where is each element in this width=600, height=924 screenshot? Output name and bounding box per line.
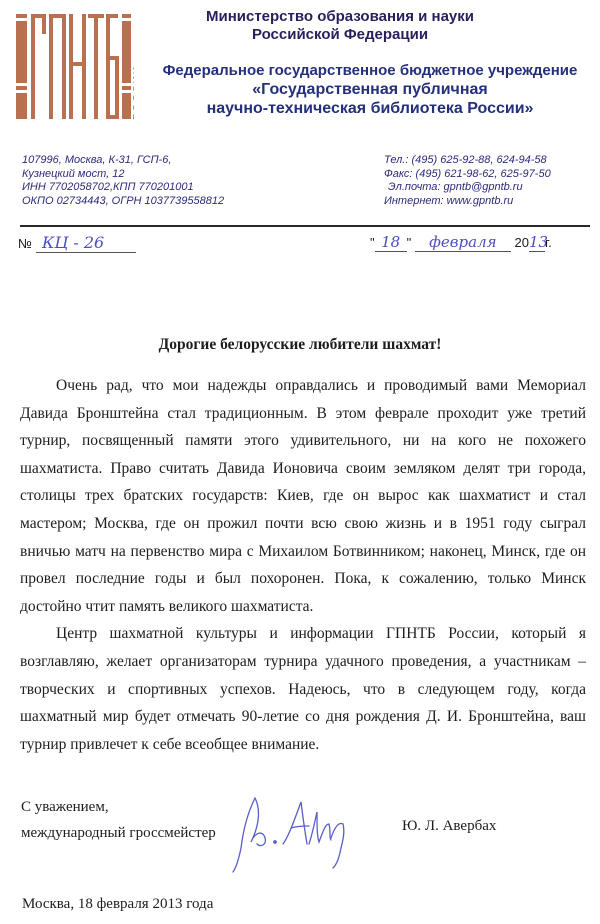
institution-line-2: «Государственная публичная <box>140 80 600 99</box>
website-line: Интернет: www.gpntb.ru <box>384 195 600 209</box>
closing-line-1: С уважением, <box>21 794 216 820</box>
handwritten-signature-icon <box>225 792 365 874</box>
ministry-heading: Министерство образования и науки Российс… <box>190 8 490 44</box>
number-label: № <box>18 236 32 251</box>
year-prefix: 20 <box>515 235 529 250</box>
fax-line: Факс: (495) 621-98-62, 625-97-50 <box>384 168 600 182</box>
svg-text:РОССИИ: РОССИИ <box>132 65 134 120</box>
number-value: КЦ - 26 <box>36 233 136 253</box>
closing: С уважением, международный гроссмейстер <box>21 794 216 846</box>
place-and-date: Москва, 18 февраля 2013 года <box>22 896 213 913</box>
paragraph-1: Очень рад, что мои надежды оправдались и… <box>20 372 586 620</box>
date-day: 18 <box>375 233 407 252</box>
date-month: февраля <box>415 233 511 252</box>
address-line: 107996, Москва, К-31, ГСП-6, <box>22 154 302 168</box>
paragraph-2: Центр шахматной культуры и информации ГП… <box>20 620 586 758</box>
address-line: Кузнецкий мост, 12 <box>22 168 302 182</box>
year-suffix: 13 <box>529 233 545 252</box>
signer-name: Ю. Л. Авербах <box>402 818 496 835</box>
institution-line-3: научно-техническая библиотека России» <box>140 99 600 118</box>
gpntb-logo-icon: РОССИИ <box>16 12 134 124</box>
letter-body: Очень рад, что мои надежды оправдались и… <box>20 372 586 758</box>
letter-greeting: Дорогие белорусские любители шахмат! <box>0 336 600 354</box>
signer-title: международный гроссмейстер <box>21 820 216 846</box>
registration-number: №КЦ - 26 <box>18 233 136 253</box>
institution-heading: Федеральное государственное бюджетное уч… <box>140 62 600 118</box>
address-line: ОКПО 02734443, ОГРН 1037739558812 <box>22 195 302 209</box>
postal-address-block: 107996, Москва, К-31, ГСП-6, Кузнецкий м… <box>22 154 302 208</box>
institution-line-1: Федеральное государственное бюджетное уч… <box>140 62 600 80</box>
year-unit: г. <box>545 235 552 250</box>
registration-date: "18" февраля 2013г. <box>370 233 552 252</box>
contact-block: Тел.: (495) 625-92-88, 624-94-58 Факс: (… <box>384 154 600 208</box>
header-divider <box>20 225 590 227</box>
phone-line: Тел.: (495) 625-92-88, 624-94-58 <box>384 154 600 168</box>
email-line: Эл.почта: gpntb@gpntb.ru <box>384 181 600 195</box>
ministry-line-1: Министерство образования и науки <box>190 8 490 26</box>
address-line: ИНН 7702058702,КПП 770201001 <box>22 181 302 195</box>
close-quote: " <box>407 235 412 250</box>
ministry-line-2: Российской Федерации <box>190 26 490 44</box>
